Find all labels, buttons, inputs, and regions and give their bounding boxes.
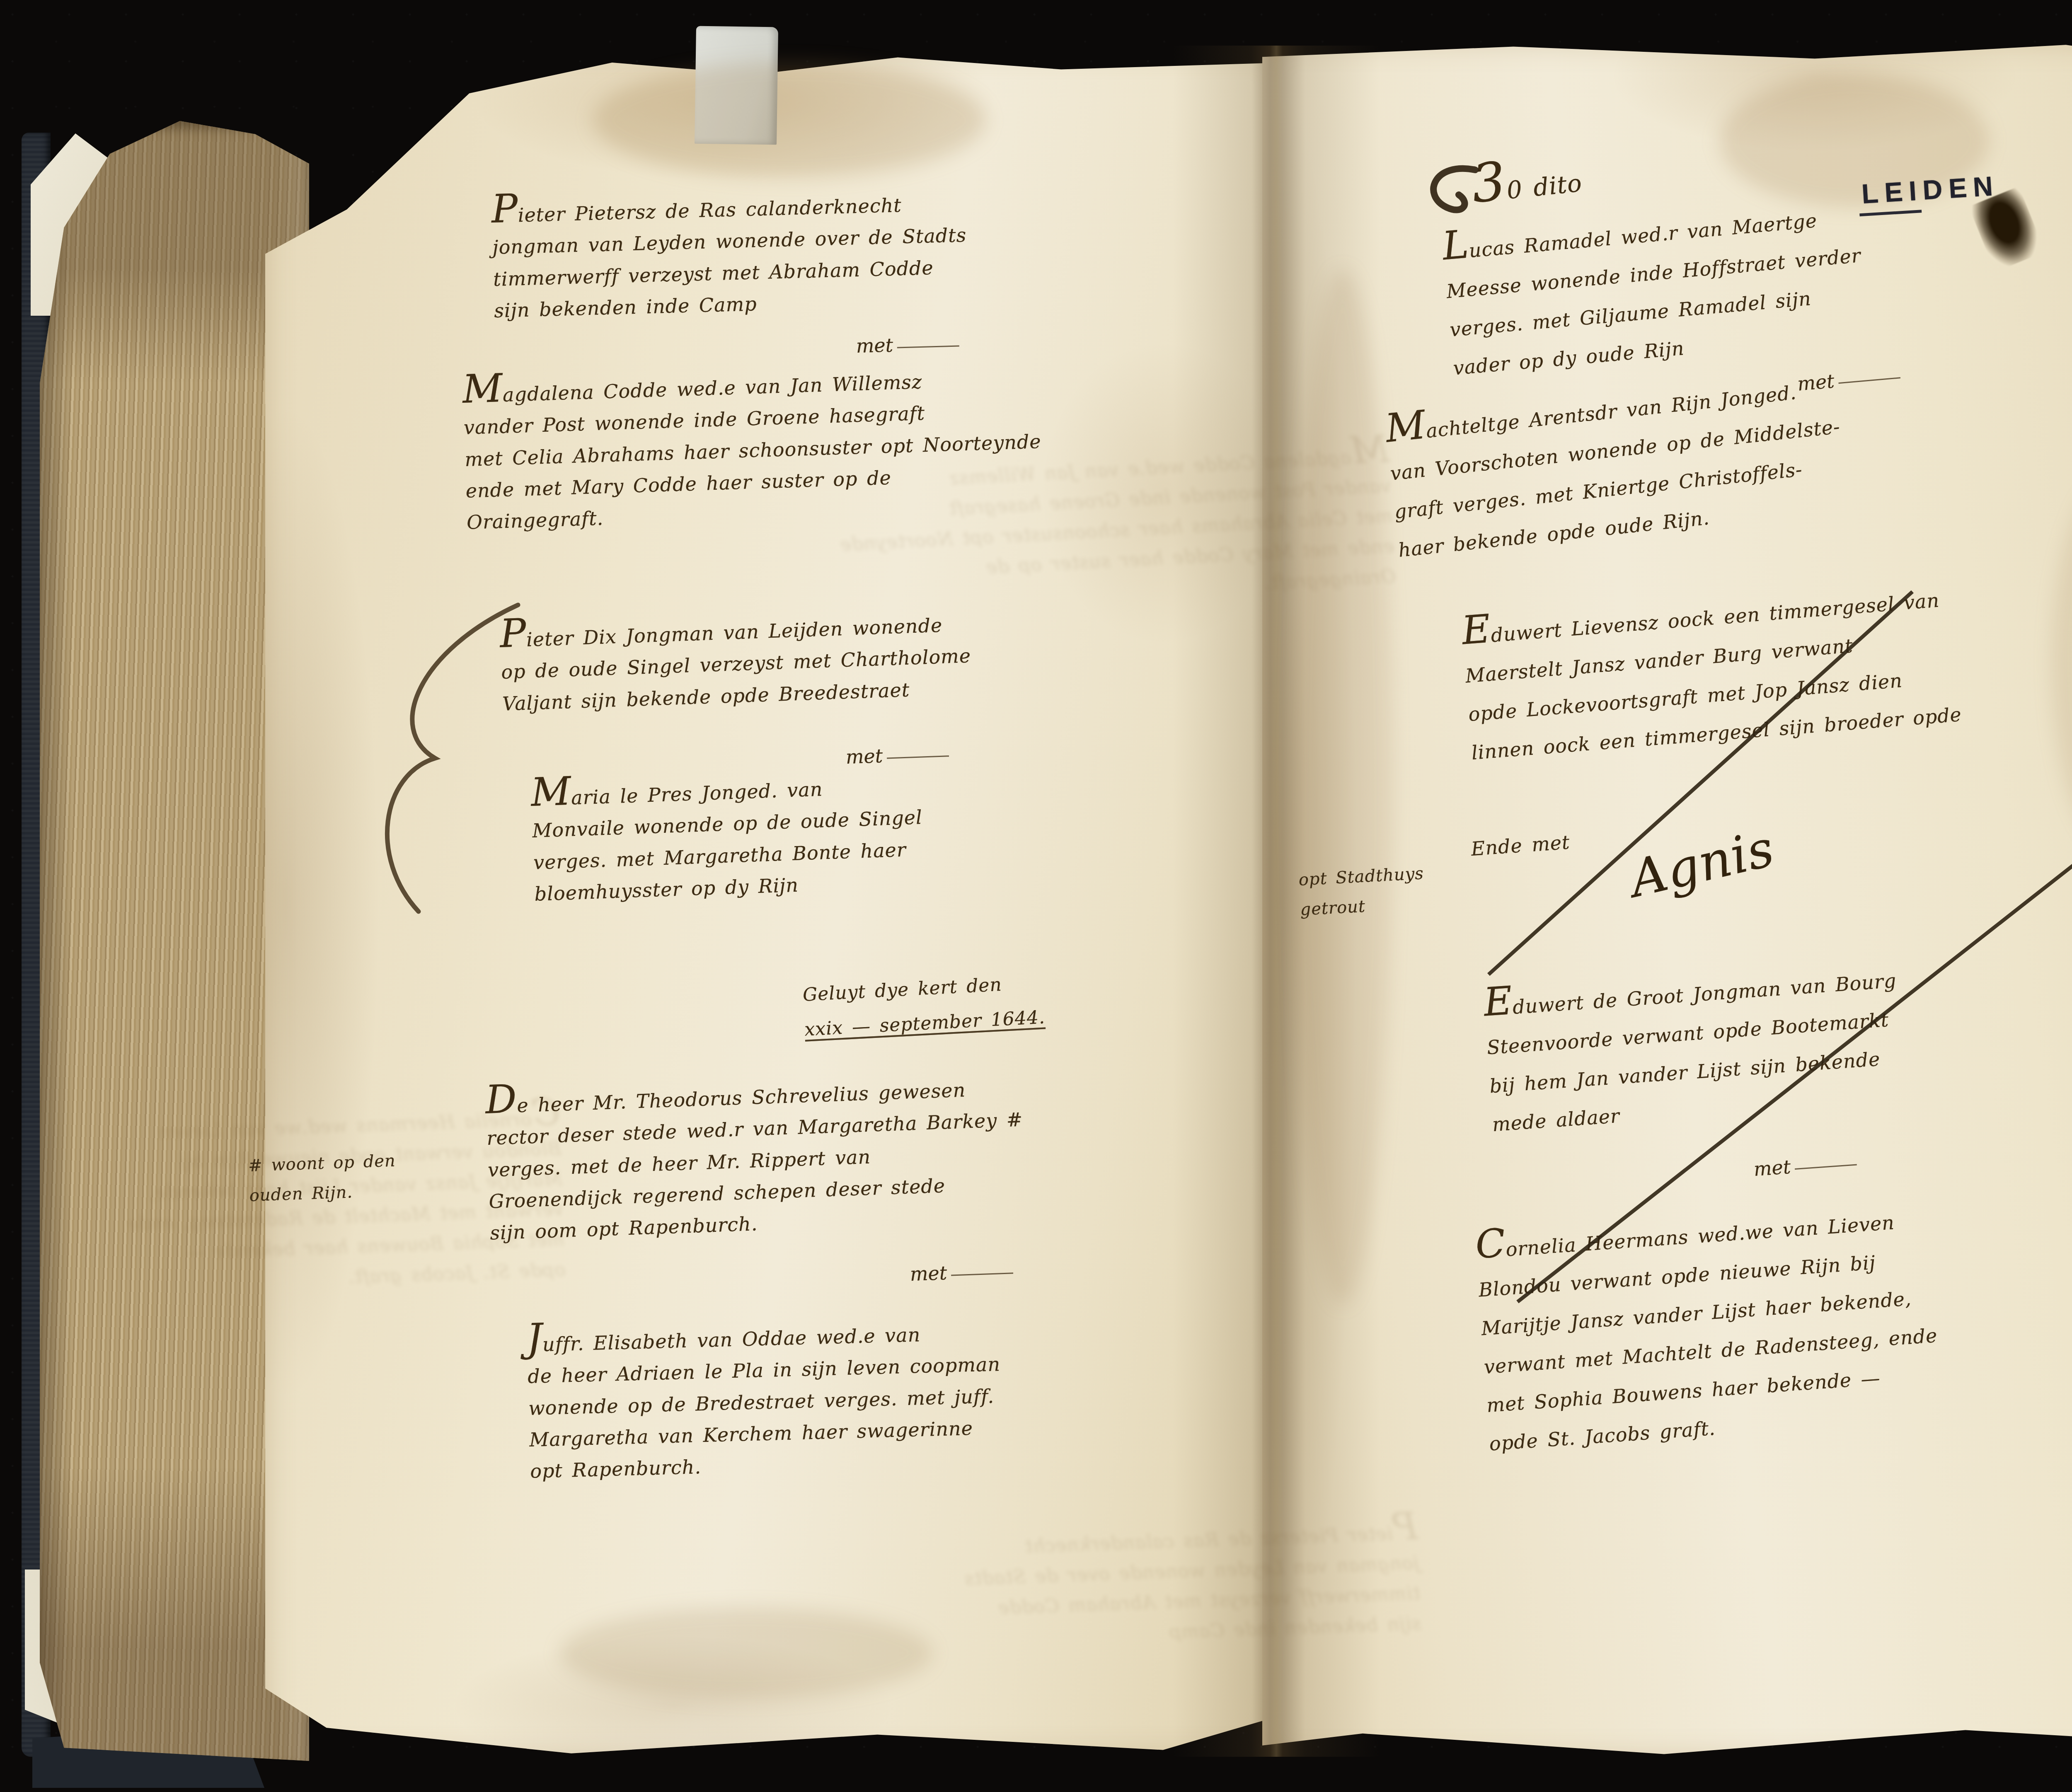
marriage-entry: Eduwert de Groot Jongman van BourgSteenv…: [1483, 959, 1906, 1144]
marriage-entry: Pieter Dix Jongman van Leijden wonendeop…: [499, 603, 973, 720]
margin-note-right: opt Stadthuysgetrout: [1298, 859, 1426, 925]
bleedthrough-text: Pieter Pietersz de Ras calanderknechtjon…: [963, 1512, 1422, 1654]
margin-note-left: # woont op denouden Rijn.: [248, 1146, 397, 1211]
archive-photo: Cornelia Heermans wed.we van LievenBlond…: [0, 0, 2072, 1792]
met-separator: met: [910, 1259, 1014, 1285]
marriage-entry: Juffr. Elisabeth van Oddae wed.e vande h…: [526, 1311, 1003, 1487]
proclamation-note: Geluyt dye kert denxxix — september 1644…: [802, 965, 1046, 1047]
bookmark-tab: [695, 26, 778, 145]
met-separator: met: [845, 742, 949, 768]
marriage-entry: Magdalena Codde wed.e van Jan Willemszva…: [462, 357, 1043, 538]
met-separator: met: [856, 332, 960, 357]
marriage-entry: De heer Mr. Theodorus Schrevelius gewese…: [485, 1067, 1027, 1249]
marriage-entry: Pieter Pietersz de Ras calanderknechtjon…: [491, 182, 968, 326]
marriage-entry: Maria le Pres Jonged. vanMonvaile wonend…: [530, 764, 925, 910]
marriage-entry: Cornelia Heermans wed.we van LievenBlond…: [1474, 1199, 1944, 1463]
